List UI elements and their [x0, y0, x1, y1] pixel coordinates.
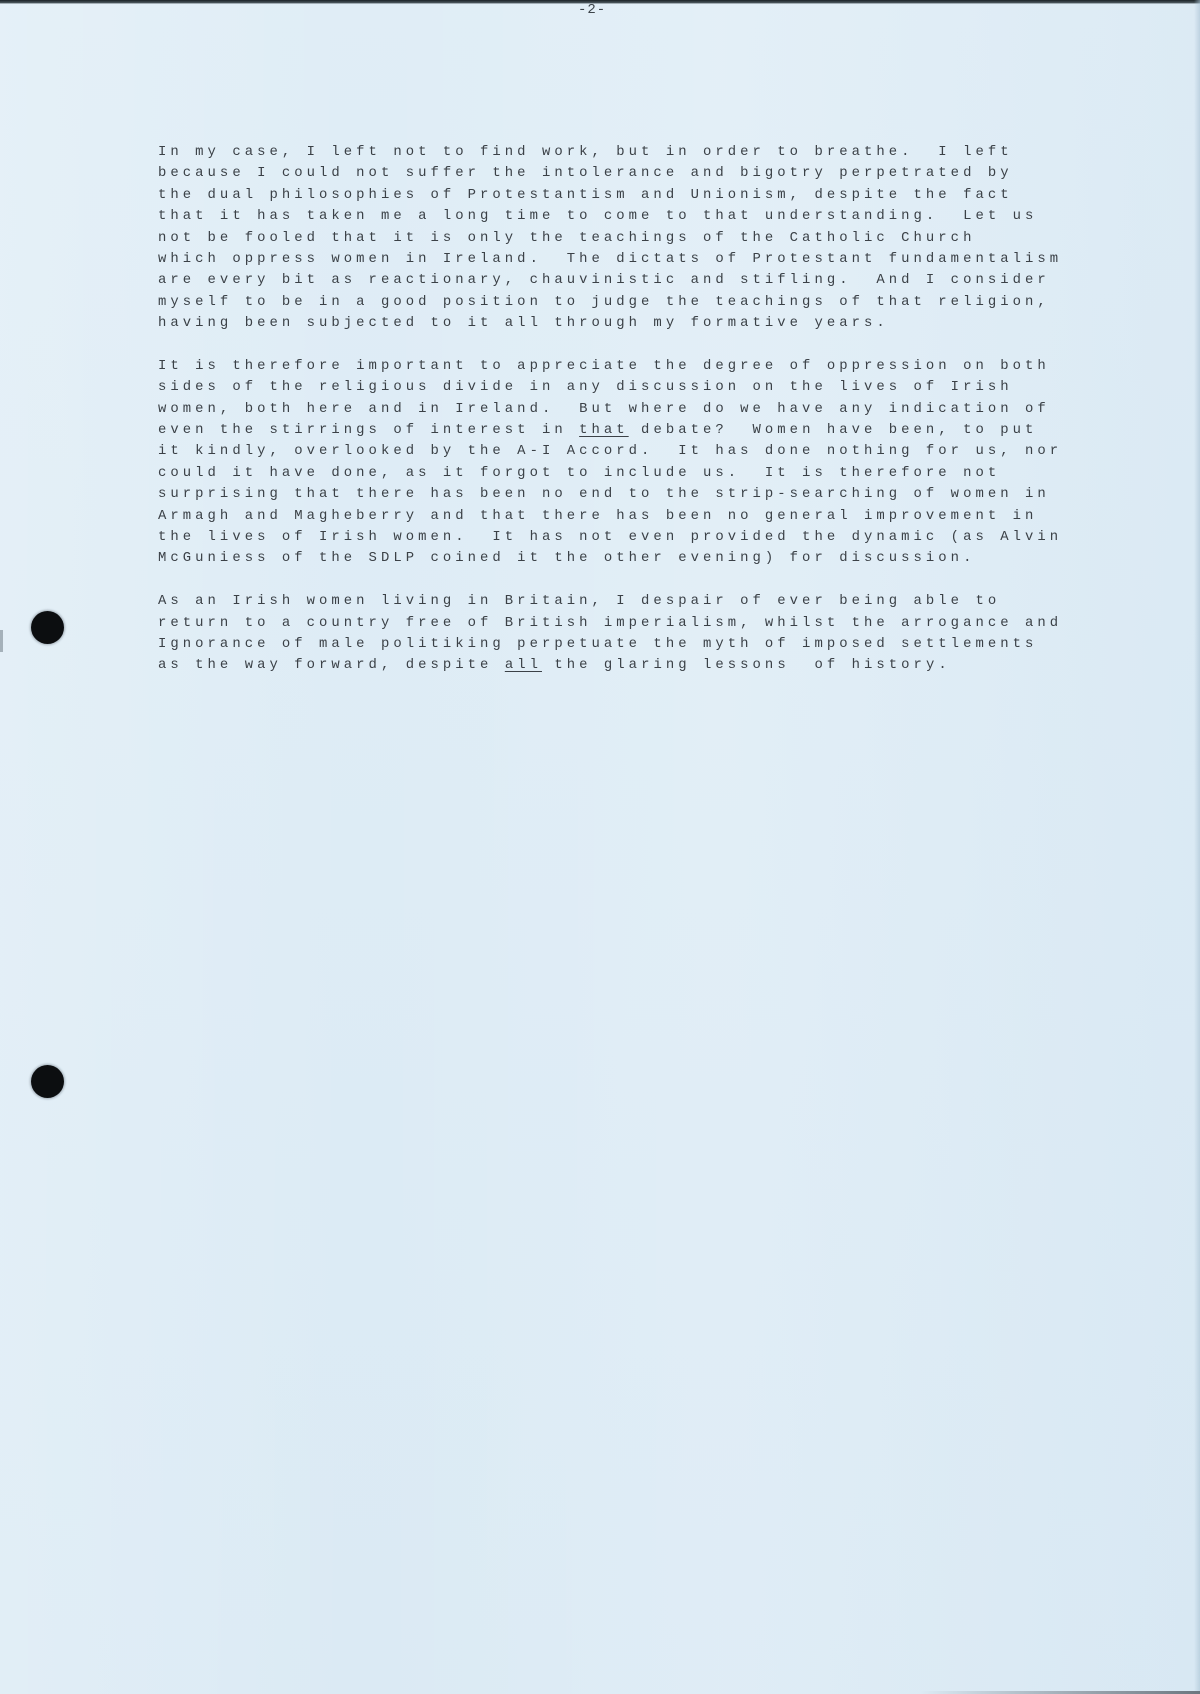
text-line: women, both here and in Ireland. But whe… — [158, 399, 1078, 420]
text-line: the dual philosophies of Protestantism a… — [158, 185, 1078, 206]
paragraph-2: It is therefore important to appreciate … — [158, 356, 1078, 570]
scan-mark — [0, 630, 3, 652]
text-line: return to a country free of British impe… — [158, 613, 1078, 634]
page-number: -2- — [578, 2, 606, 18]
text-line: Ignorance of male politiking perpetuate … — [158, 634, 1078, 655]
page-right-edge — [1194, 0, 1200, 1694]
underlined-word: all — [505, 657, 542, 673]
text-line: In my case, I left not to find work, but… — [158, 142, 1078, 163]
underlined-word: that — [579, 422, 629, 438]
text-line: that it has taken me a long time to come… — [158, 206, 1078, 227]
text-line: It is therefore important to appreciate … — [158, 356, 1078, 377]
text-line: because I could not suffer the intoleran… — [158, 163, 1078, 184]
text-line: which oppress women in Ireland. The dict… — [158, 249, 1078, 270]
text-line: myself to be in a good position to judge… — [158, 292, 1078, 313]
text-segment: debate? Women have been, to put — [629, 422, 1038, 438]
letter-body: In my case, I left not to find work, but… — [158, 142, 1078, 698]
text-line: as the way forward, despite all the glar… — [158, 655, 1078, 676]
text-line: Armagh and Magheberry and that there has… — [158, 506, 1078, 527]
text-line: having been subjected to it all through … — [158, 313, 1078, 334]
text-line: McGuniess of the SDLP coined it the othe… — [158, 548, 1078, 569]
text-line: As an Irish women living in Britain, I d… — [158, 591, 1078, 612]
paragraph-1: In my case, I left not to find work, but… — [158, 142, 1078, 335]
text-segment: even the stirrings of interest in — [158, 422, 579, 438]
text-segment: the glaring lessons of history. — [542, 657, 951, 673]
punch-hole-icon — [31, 1065, 64, 1098]
text-line: sides of the religious divide in any dis… — [158, 377, 1078, 398]
text-line: surprising that there has been no end to… — [158, 484, 1078, 505]
paragraph-3: As an Irish women living in Britain, I d… — [158, 591, 1078, 677]
text-line: not be fooled that it is only the teachi… — [158, 228, 1078, 249]
text-line: even the stirrings of interest in that d… — [158, 420, 1078, 441]
text-line: are every bit as reactionary, chauvinist… — [158, 270, 1078, 291]
text-line: it kindly, overlooked by the A-I Accord.… — [158, 441, 1078, 462]
text-line: the lives of Irish women. It has not eve… — [158, 527, 1078, 548]
text-segment: as the way forward, despite — [158, 657, 505, 673]
punch-hole-icon — [31, 611, 64, 644]
text-line: could it have done, as it forgot to incl… — [158, 463, 1078, 484]
